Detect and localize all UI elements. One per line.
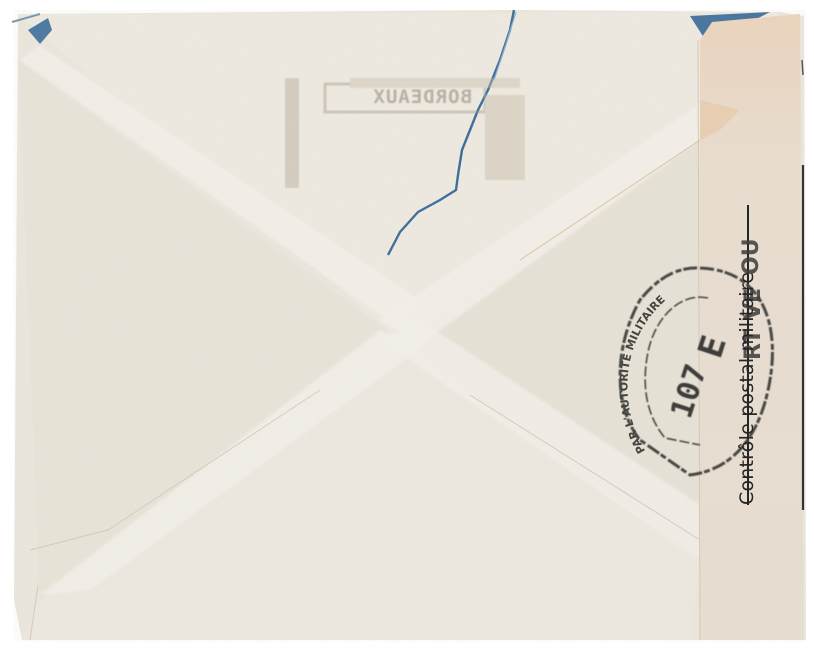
envelope-photo: 107 E PAR L'AUTORITÉ MILITAIRE OU VE RT … <box>0 0 814 650</box>
ghost-backstamp-text: BORDEAUX <box>322 86 472 108</box>
svg-text:OU: OU <box>739 238 764 275</box>
censor-tape-label: Contrôle postal militaire <box>738 272 757 505</box>
